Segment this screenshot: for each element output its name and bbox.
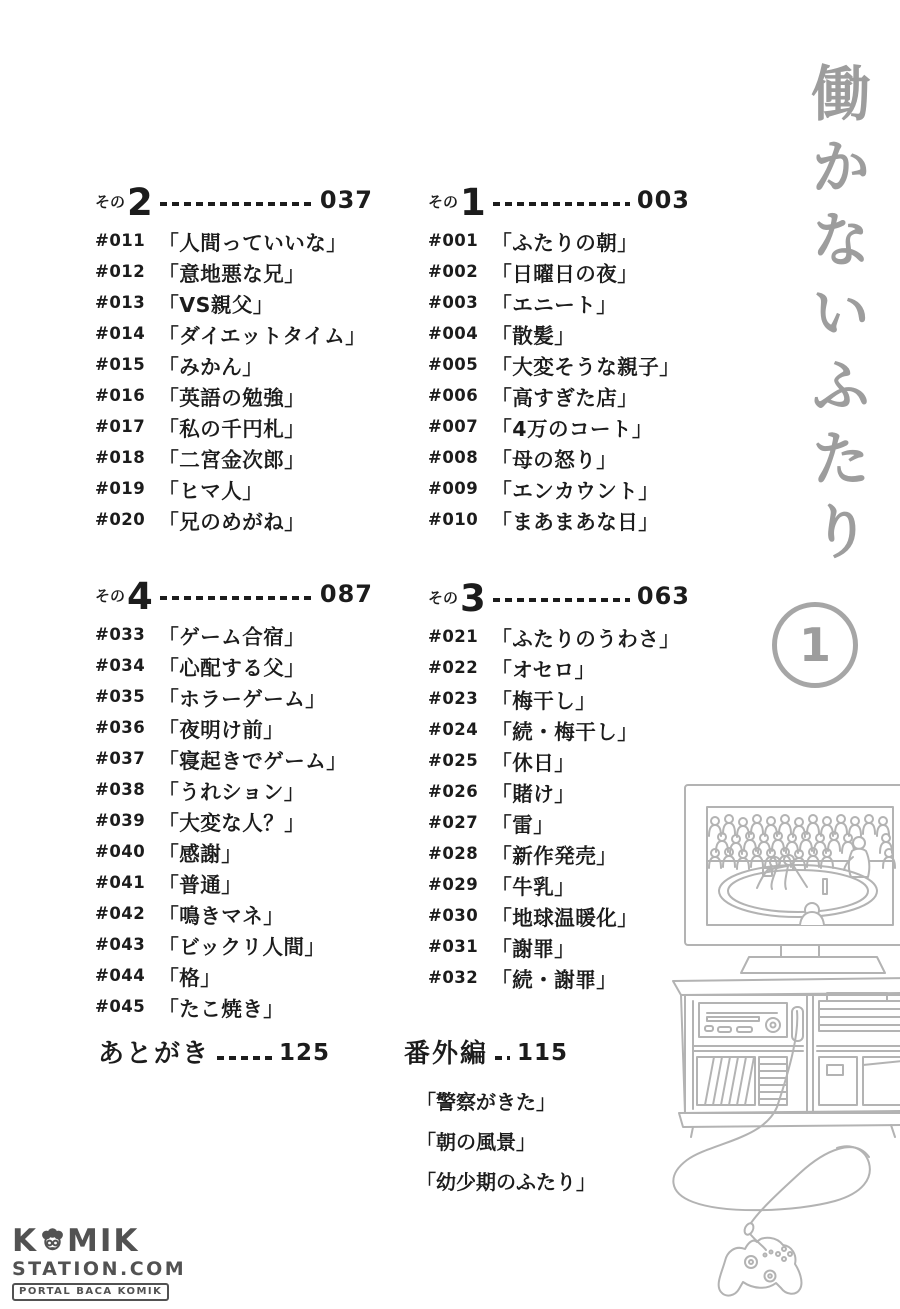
- toc-entry: #040「感謝」: [95, 836, 373, 867]
- toc-entry: #014「ダイエットタイム」: [95, 318, 373, 349]
- chapter-title: 「謝罪」: [491, 932, 575, 962]
- toc-entry: #044「格」: [95, 960, 373, 991]
- toc-entry: #003「エニート」: [428, 287, 690, 318]
- chapter-number: #012: [95, 262, 145, 281]
- toc-entry: #027「雷」: [428, 807, 690, 838]
- dotted-leader: [493, 598, 630, 602]
- toc-entry: #001「ふたりの朝」: [428, 225, 690, 256]
- chapter-title: 「大変そうな親子」: [491, 350, 680, 380]
- series-title-vertical: 働かないふたり: [806, 62, 866, 573]
- game-console-icon: [699, 1003, 803, 1041]
- toc-entry: #033「ゲーム合宿」: [95, 619, 373, 650]
- chapter-number: #041: [95, 873, 145, 892]
- toc-entry: #012「意地悪な兄」: [95, 256, 373, 287]
- chapter-list: #033「ゲーム合宿」#034「心配する父」#035「ホラーゲーム」#036「夜…: [95, 619, 373, 1022]
- toc-entry: #004「散髪」: [428, 318, 690, 349]
- chapter-title: 「ふたりのうわさ」: [491, 622, 680, 652]
- gyoji-icon: [800, 903, 824, 925]
- chapter-title: 「普通」: [158, 868, 242, 898]
- toc-entry: #022「オセロ」: [428, 652, 690, 683]
- chapter-list: #021「ふたりのうわさ」#022「オセロ」#023「梅干し」#024「続・梅干…: [428, 621, 690, 993]
- toc-entry: #020「兄のめがね」: [95, 504, 373, 535]
- chapter-number: #002: [428, 262, 478, 281]
- toc-section-sono2: その 2 037 #011「人間っていいな」#012「意地悪な兄」#013「VS…: [95, 186, 373, 535]
- chapter-number: #027: [428, 813, 478, 832]
- chapter-title: 「ゲーム合宿」: [158, 620, 305, 650]
- chapter-title: 「高すぎた店」: [491, 381, 638, 411]
- toc-entry: #009「エンカウント」: [428, 473, 690, 504]
- chapter-number: #034: [95, 656, 145, 675]
- chapter-number: #013: [95, 293, 145, 312]
- chapter-number: #024: [428, 720, 478, 739]
- chapter-number: #019: [95, 479, 145, 498]
- toc-entry: #045「たこ焼き」: [95, 991, 373, 1022]
- chapter-number: #035: [95, 687, 145, 706]
- controller-icon: [719, 1238, 802, 1296]
- dotted-leader: [160, 596, 313, 600]
- toc-entry: #005「大変そうな親子」: [428, 349, 690, 380]
- toc-entry: #006「高すぎた店」: [428, 380, 690, 411]
- section-page-number: 003: [637, 188, 690, 219]
- chapter-title: 「寝起きでゲーム」: [158, 744, 347, 774]
- chapter-number: #018: [95, 448, 145, 467]
- chapter-number: #007: [428, 417, 478, 436]
- watermark-k: K: [12, 1226, 38, 1257]
- chapter-title: 「続・謝罪」: [491, 963, 617, 993]
- toc-section-sono1: その 1 003 #001「ふたりの朝」#002「日曜日の夜」#003「エニート…: [428, 186, 690, 535]
- chapter-number: #037: [95, 749, 145, 768]
- extras-block: 番外編 115 「警察がきた」「朝の風景」「幼少期のふたり」: [404, 1040, 568, 1201]
- extras-label: 番外編: [404, 1040, 488, 1069]
- chapter-title: 「賭け」: [491, 777, 575, 807]
- chapter-number: #029: [428, 875, 478, 894]
- stacked-games-icon: [817, 993, 900, 1105]
- chapter-title: 「鳴きマネ」: [158, 899, 284, 929]
- toc-entry: #002「日曜日の夜」: [428, 256, 690, 287]
- chapter-title: 「私の千円札」: [158, 412, 305, 442]
- chapter-number: #033: [95, 625, 145, 644]
- afterword-row: あとがき 125: [98, 1040, 330, 1069]
- extra-chapter-title: 「朝の風景」: [404, 1121, 568, 1161]
- chapter-title: 「休日」: [491, 746, 575, 776]
- toc-entry: #023「梅干し」: [428, 683, 690, 714]
- chapter-number: #020: [95, 510, 145, 529]
- toc-entry: #034「心配する父」: [95, 650, 373, 681]
- toc-entry: #010「まあまあな日」: [428, 504, 690, 535]
- section-page-number: 063: [637, 584, 690, 615]
- chapter-title: 「感謝」: [158, 837, 242, 867]
- chapter-title: 「兄のめがね」: [158, 505, 305, 535]
- toc-entry: #030「地球温暖化」: [428, 900, 690, 931]
- toc-entry: #026「賭け」: [428, 776, 690, 807]
- chapter-number: #038: [95, 780, 145, 799]
- chapter-number: #036: [95, 718, 145, 737]
- section-number: 3: [460, 582, 486, 615]
- chapter-title: 「ダイエットタイム」: [158, 319, 366, 349]
- section-prefix: その: [428, 191, 458, 219]
- section-number: 4: [127, 580, 153, 613]
- chapter-title: 「VS親父」: [158, 288, 274, 318]
- toc-entry: #007「4万のコート」: [428, 411, 690, 442]
- chapter-number: #039: [95, 811, 145, 830]
- komik-face-icon: [39, 1228, 66, 1255]
- section-header: その 4 087: [95, 580, 373, 613]
- chapter-title: 「たこ焼き」: [158, 992, 284, 1022]
- toc-entry: #037「寝起きでゲーム」: [95, 743, 373, 774]
- section-page-number: 037: [320, 188, 373, 219]
- chapter-title: 「ヒマ人」: [158, 474, 263, 504]
- afterword-label: あとがき: [98, 1040, 210, 1069]
- dotted-leader: [495, 1056, 510, 1060]
- chapter-number: #032: [428, 968, 478, 987]
- chapter-title: 「意地悪な兄」: [158, 257, 305, 287]
- chapter-number: #015: [95, 355, 145, 374]
- toc-entry: #031「謝罪」: [428, 931, 690, 962]
- extra-chapter-title: 「警察がきた」: [404, 1081, 568, 1121]
- chapter-title: 「まあまあな日」: [491, 505, 659, 535]
- chapter-title: 「大変な人？」: [158, 806, 305, 836]
- toc-entry: #032「続・謝罪」: [428, 962, 690, 993]
- chapter-number: #008: [428, 448, 478, 467]
- volume-number: 1: [799, 618, 831, 672]
- chapter-number: #023: [428, 689, 478, 708]
- chapter-number: #043: [95, 935, 145, 954]
- toc-entry: #013「VS親父」: [95, 287, 373, 318]
- toc-entry: #038「うれション」: [95, 774, 373, 805]
- chapter-title: 「夜明け前」: [158, 713, 284, 743]
- chapter-title: 「新作発売」: [491, 839, 617, 869]
- toc-entry: #028「新作発売」: [428, 838, 690, 869]
- chapter-title: 「地球温暖化」: [491, 901, 638, 931]
- section-header: その 1 003: [428, 186, 690, 219]
- chapter-title: 「散髪」: [491, 319, 575, 349]
- chapter-number: #004: [428, 324, 478, 343]
- toc-entry: #036「夜明け前」: [95, 712, 373, 743]
- toc-entry: #008「母の怒り」: [428, 442, 690, 473]
- section-prefix: その: [95, 585, 125, 613]
- chapter-title: 「雷」: [491, 808, 554, 838]
- chapter-number: #044: [95, 966, 145, 985]
- chapter-number: #003: [428, 293, 478, 312]
- toc-entry: #011「人間っていいな」: [95, 225, 373, 256]
- chapter-number: #011: [95, 231, 145, 250]
- toc-section-sono3: その 3 063 #021「ふたりのうわさ」#022「オセロ」#023「梅干し」…: [428, 582, 690, 993]
- toc-entry: #017「私の千円札」: [95, 411, 373, 442]
- section-header: その 3 063: [428, 582, 690, 615]
- toc-entry: #016「英語の勉強」: [95, 380, 373, 411]
- watermark-line3: PORTAL BACA KOMIK: [12, 1283, 169, 1301]
- chapter-title: 「ビックリ人間」: [158, 930, 325, 960]
- watermark-line1: K MIK: [12, 1226, 186, 1257]
- chapter-number: #016: [95, 386, 145, 405]
- watermark-mik: MIK: [67, 1226, 139, 1257]
- chapter-title: 「エニート」: [491, 288, 617, 318]
- chapter-number: #021: [428, 627, 478, 646]
- chapter-title: 「続・梅干し」: [491, 715, 638, 745]
- chapter-number: #042: [95, 904, 145, 923]
- volume-badge: 1: [772, 602, 858, 688]
- dotted-leader: [217, 1056, 272, 1060]
- chapter-title: 「ふたりの朝」: [491, 226, 638, 256]
- chapter-title: 「英語の勉強」: [158, 381, 305, 411]
- chapter-number: #045: [95, 997, 145, 1016]
- dotted-leader: [160, 202, 313, 206]
- chapter-number: #030: [428, 906, 478, 925]
- toc-entry: #015「みかん」: [95, 349, 373, 380]
- section-prefix: その: [95, 191, 125, 219]
- extras-header: 番外編 115: [404, 1040, 568, 1069]
- chapter-title: 「二宮金次郎」: [158, 443, 305, 473]
- chapter-number: #001: [428, 231, 478, 250]
- toc-entry: #029「牛乳」: [428, 869, 690, 900]
- chapter-title: 「日曜日の夜」: [491, 257, 638, 287]
- chapter-number: #014: [95, 324, 145, 343]
- toc-entry: #021「ふたりのうわさ」: [428, 621, 690, 652]
- section-page-number: 087: [320, 582, 373, 613]
- watermark-line2: STATION.COM: [12, 1260, 186, 1279]
- chapter-number: #006: [428, 386, 478, 405]
- chapter-list: #011「人間っていいな」#012「意地悪な兄」#013「VS親父」#014「ダ…: [95, 225, 373, 535]
- toc-entry: #042「鳴きマネ」: [95, 898, 373, 929]
- chapter-title: 「うれション」: [158, 775, 305, 805]
- toc-entry: #024「続・梅干し」: [428, 714, 690, 745]
- chapter-title: 「人間っていいな」: [158, 226, 347, 256]
- toc-entry: #025「休日」: [428, 745, 690, 776]
- chapter-number: #026: [428, 782, 478, 801]
- section-number: 1: [460, 186, 486, 219]
- extra-chapter-list: 「警察がきた」「朝の風景」「幼少期のふたり」: [404, 1081, 568, 1201]
- toc-entry: #018「二宮金次郎」: [95, 442, 373, 473]
- chapter-number: #009: [428, 479, 478, 498]
- chapter-number: #010: [428, 510, 478, 529]
- toc-entry: #041「普通」: [95, 867, 373, 898]
- chapter-title: 「牛乳」: [491, 870, 575, 900]
- afterword-header: あとがき 125: [98, 1040, 330, 1069]
- toc-entry: #039「大変な人？」: [95, 805, 373, 836]
- chapter-number: #005: [428, 355, 478, 374]
- chapter-number: #025: [428, 751, 478, 770]
- chapter-number: #031: [428, 937, 478, 956]
- afterword-page-number: 125: [279, 1042, 330, 1069]
- toc-section-sono4: その 4 087 #033「ゲーム合宿」#034「心配する父」#035「ホラーゲ…: [95, 580, 373, 1022]
- chapter-title: 「母の怒り」: [491, 443, 617, 473]
- komikstation-watermark: K MIK STATION.COM PORTAL BACA KOMIK: [12, 1226, 186, 1301]
- game-cases-icon: [697, 1057, 787, 1105]
- chapter-list: #001「ふたりの朝」#002「日曜日の夜」#003「エニート」#004「散髪」…: [428, 225, 690, 535]
- toc-entry: #043「ビックリ人間」: [95, 929, 373, 960]
- chapter-number: #028: [428, 844, 478, 863]
- chapter-title: 「心配する父」: [158, 651, 305, 681]
- extra-chapter-title: 「幼少期のふたり」: [404, 1161, 568, 1201]
- chapter-number: #040: [95, 842, 145, 861]
- toc-entry: #019「ヒマ人」: [95, 473, 373, 504]
- extras-page-number: 115: [517, 1042, 568, 1069]
- chapter-title: 「オセロ」: [491, 653, 595, 683]
- section-prefix: その: [428, 587, 458, 615]
- dotted-leader: [493, 202, 630, 206]
- chapter-title: 「エンカウント」: [491, 474, 659, 504]
- section-number: 2: [127, 186, 153, 219]
- chapter-title: 「4万のコート」: [491, 412, 653, 442]
- chapter-title: 「格」: [158, 961, 221, 991]
- chapter-title: 「みかん」: [158, 350, 263, 380]
- chapter-title: 「梅干し」: [491, 684, 596, 714]
- chapter-title: 「ホラーゲーム」: [158, 682, 326, 712]
- chapter-number: #017: [95, 417, 145, 436]
- toc-entry: #035「ホラーゲーム」: [95, 681, 373, 712]
- chapter-number: #022: [428, 658, 478, 677]
- tv-sumo-illustration: [665, 765, 900, 1309]
- section-header: その 2 037: [95, 186, 373, 219]
